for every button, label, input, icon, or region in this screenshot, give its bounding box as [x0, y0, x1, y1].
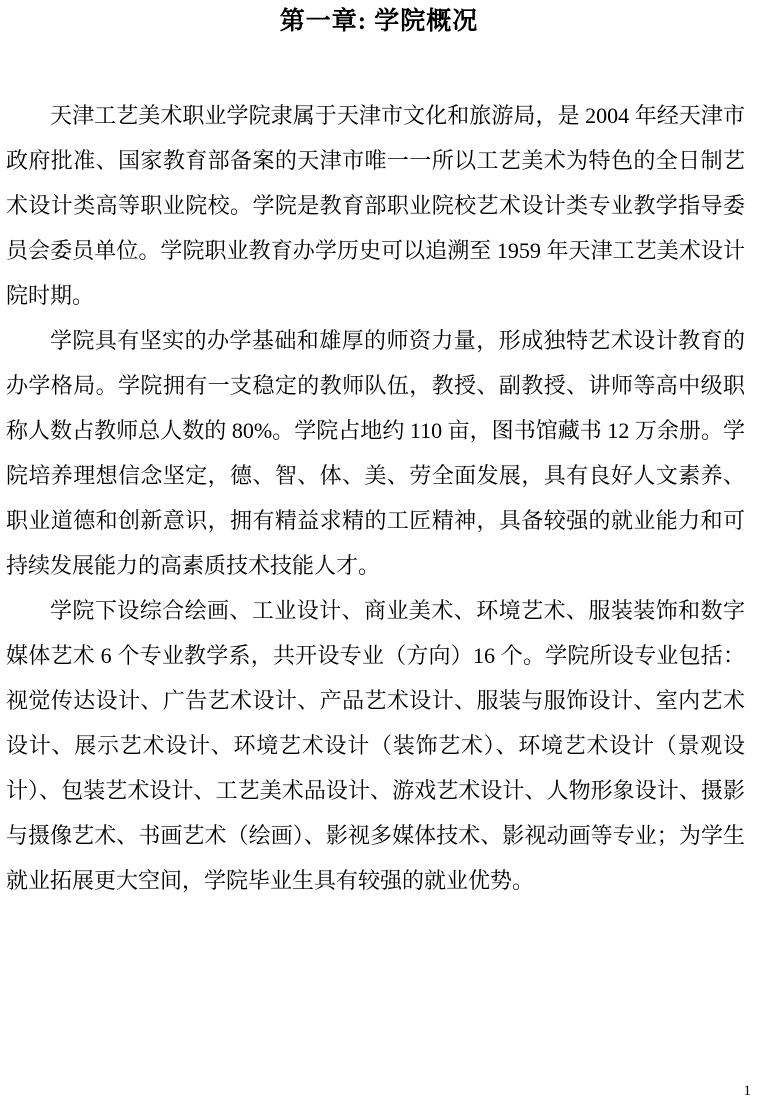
document-page: 第一章: 学院概况 天津工艺美术职业学院隶属于天津市文化和旅游局，是 2004 … — [0, 0, 758, 1102]
paragraph-faculty-campus: 学院具有坚实的办学基础和雄厚的师资力量，形成独特艺术设计教育的办学格局。学院拥有… — [6, 318, 745, 588]
chapter-title: 第一章: 学院概况 — [0, 0, 758, 38]
document-body: 天津工艺美术职业学院隶属于天津市文化和旅游局，是 2004 年经天津市政府批准、… — [0, 93, 758, 903]
paragraph-departments-majors: 学院下设综合绘画、工业设计、商业美术、环境艺术、服装装饰和数字媒体艺术 6 个专… — [6, 588, 745, 903]
paragraph-college-intro: 天津工艺美术职业学院隶属于天津市文化和旅游局，是 2004 年经天津市政府批准、… — [6, 93, 745, 318]
page-number: 1 — [744, 1083, 752, 1099]
